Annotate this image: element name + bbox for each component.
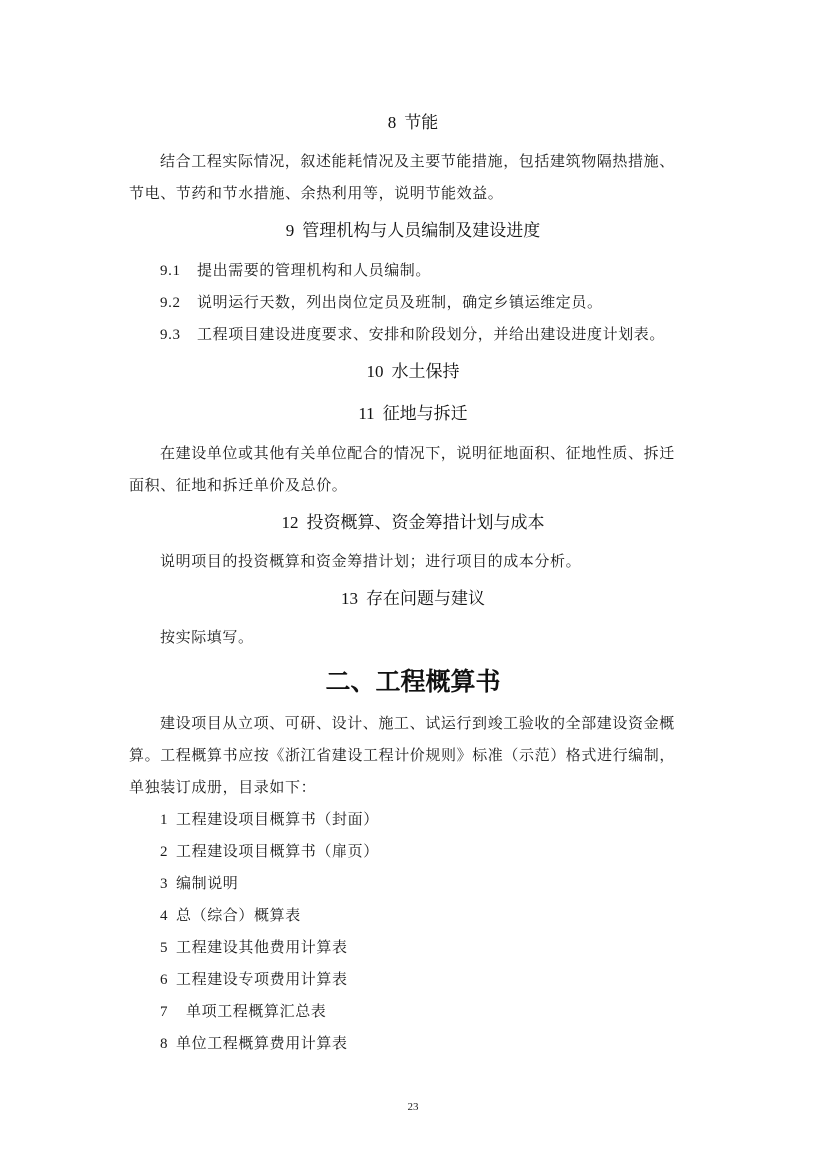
- toc-number: 3: [160, 873, 176, 895]
- section-number: 12: [282, 513, 299, 532]
- section-title: 节能: [404, 113, 438, 133]
- paragraph-line: 算。工程概算书应按《浙江省建设工程计价规则》标准（示范）格式进行编制，: [129, 744, 675, 766]
- toc-item: 6工程建设专项费用计算表: [160, 968, 348, 991]
- toc-item: 7单项工程概算汇总表: [160, 1000, 326, 1023]
- toc-number: 6: [160, 969, 176, 991]
- paragraph-line: 面积、征地和拆迁单价及总价。: [129, 474, 347, 496]
- paragraph-line: 在建设单位或其他有关单位配合的情况下，说明征地面积、征地性质、拆迁: [160, 442, 675, 464]
- toc-number: 2: [160, 841, 176, 863]
- section-title: 征地与拆迁: [383, 404, 468, 424]
- subsection-item: 9.2说明运行天数，列出岗位定员及班制，确定乡镇运维定员。: [160, 291, 603, 314]
- section-heading-8: 8节能: [0, 112, 826, 134]
- toc-item: 5工程建设其他费用计算表: [160, 936, 348, 959]
- section-heading-13: 13存在问题与建议: [0, 588, 826, 610]
- toc-number: 1: [160, 809, 176, 831]
- section-heading-11: 11征地与拆迁: [0, 403, 826, 425]
- subsection-number: 9.2: [160, 292, 197, 314]
- toc-text: 工程建设其他费用计算表: [176, 938, 348, 956]
- paragraph-line: 按实际填写。: [160, 626, 254, 648]
- toc-number: 7: [160, 1001, 186, 1023]
- paragraph-line: 说明项目的投资概算和资金筹措计划；进行项目的成本分析。: [160, 550, 581, 572]
- toc-item: 3编制说明: [160, 872, 238, 895]
- chapter-title: 二、工程概算书: [0, 667, 826, 697]
- toc-text: 单位工程概算费用计算表: [176, 1034, 348, 1052]
- subsection-number: 9.1: [160, 260, 197, 282]
- page-number: 23: [0, 1101, 826, 1113]
- section-heading-12: 12投资概算、资金筹措计划与成本: [0, 512, 826, 534]
- toc-text: 编制说明: [176, 874, 238, 892]
- toc-number: 8: [160, 1033, 176, 1055]
- subsection-text: 工程项目建设进度要求、安排和阶段划分，并给出建设进度计划表。: [197, 325, 665, 343]
- paragraph-line: 节电、节药和节水措施、余热利用等，说明节能效益。: [129, 182, 503, 204]
- toc-number: 4: [160, 905, 176, 927]
- section-title: 存在问题与建议: [366, 589, 485, 609]
- toc-text: 工程建设项目概算书（封面）: [176, 810, 379, 828]
- section-heading-9: 9管理机构与人员编制及建设进度: [0, 220, 826, 242]
- section-title: 水土保持: [392, 362, 460, 382]
- section-number: 13: [341, 589, 358, 608]
- section-heading-10: 10水土保持: [0, 361, 826, 383]
- subsection-number: 9.3: [160, 324, 197, 346]
- section-title: 管理机构与人员编制及建设进度: [302, 221, 540, 241]
- toc-item: 4总（综合）概算表: [160, 904, 301, 927]
- section-number: 10: [367, 362, 384, 381]
- subsection-text: 提出需要的管理机构和人员编制。: [197, 261, 431, 279]
- subsection-text: 说明运行天数，列出岗位定员及班制，确定乡镇运维定员。: [197, 293, 603, 311]
- section-number: 11: [358, 404, 374, 423]
- paragraph-line: 结合工程实际情况，叙述能耗情况及主要节能措施，包括建筑物隔热措施、: [160, 150, 675, 172]
- toc-item: 8单位工程概算费用计算表: [160, 1032, 348, 1055]
- section-title: 投资概算、资金筹措计划与成本: [307, 513, 545, 533]
- toc-text: 单项工程概算汇总表: [186, 1002, 326, 1020]
- toc-number: 5: [160, 937, 176, 959]
- toc-text: 工程建设专项费用计算表: [176, 970, 348, 988]
- section-number: 8: [388, 113, 397, 132]
- subsection-item: 9.3工程项目建设进度要求、安排和阶段划分，并给出建设进度计划表。: [160, 323, 665, 346]
- paragraph-line: 单独装订成册，目录如下：: [129, 776, 316, 798]
- subsection-item: 9.1提出需要的管理机构和人员编制。: [160, 259, 431, 282]
- paragraph-line: 建设项目从立项、可研、设计、施工、试运行到竣工验收的全部建设资金概: [160, 712, 675, 734]
- toc-text: 总（综合）概算表: [176, 906, 301, 924]
- toc-text: 工程建设项目概算书（扉页）: [176, 842, 379, 860]
- toc-item: 2工程建设项目概算书（扉页）: [160, 840, 379, 863]
- document-page: 8节能 结合工程实际情况，叙述能耗情况及主要节能措施，包括建筑物隔热措施、 节电…: [0, 0, 826, 1169]
- toc-item: 1工程建设项目概算书（封面）: [160, 808, 379, 831]
- section-number: 9: [286, 221, 295, 240]
